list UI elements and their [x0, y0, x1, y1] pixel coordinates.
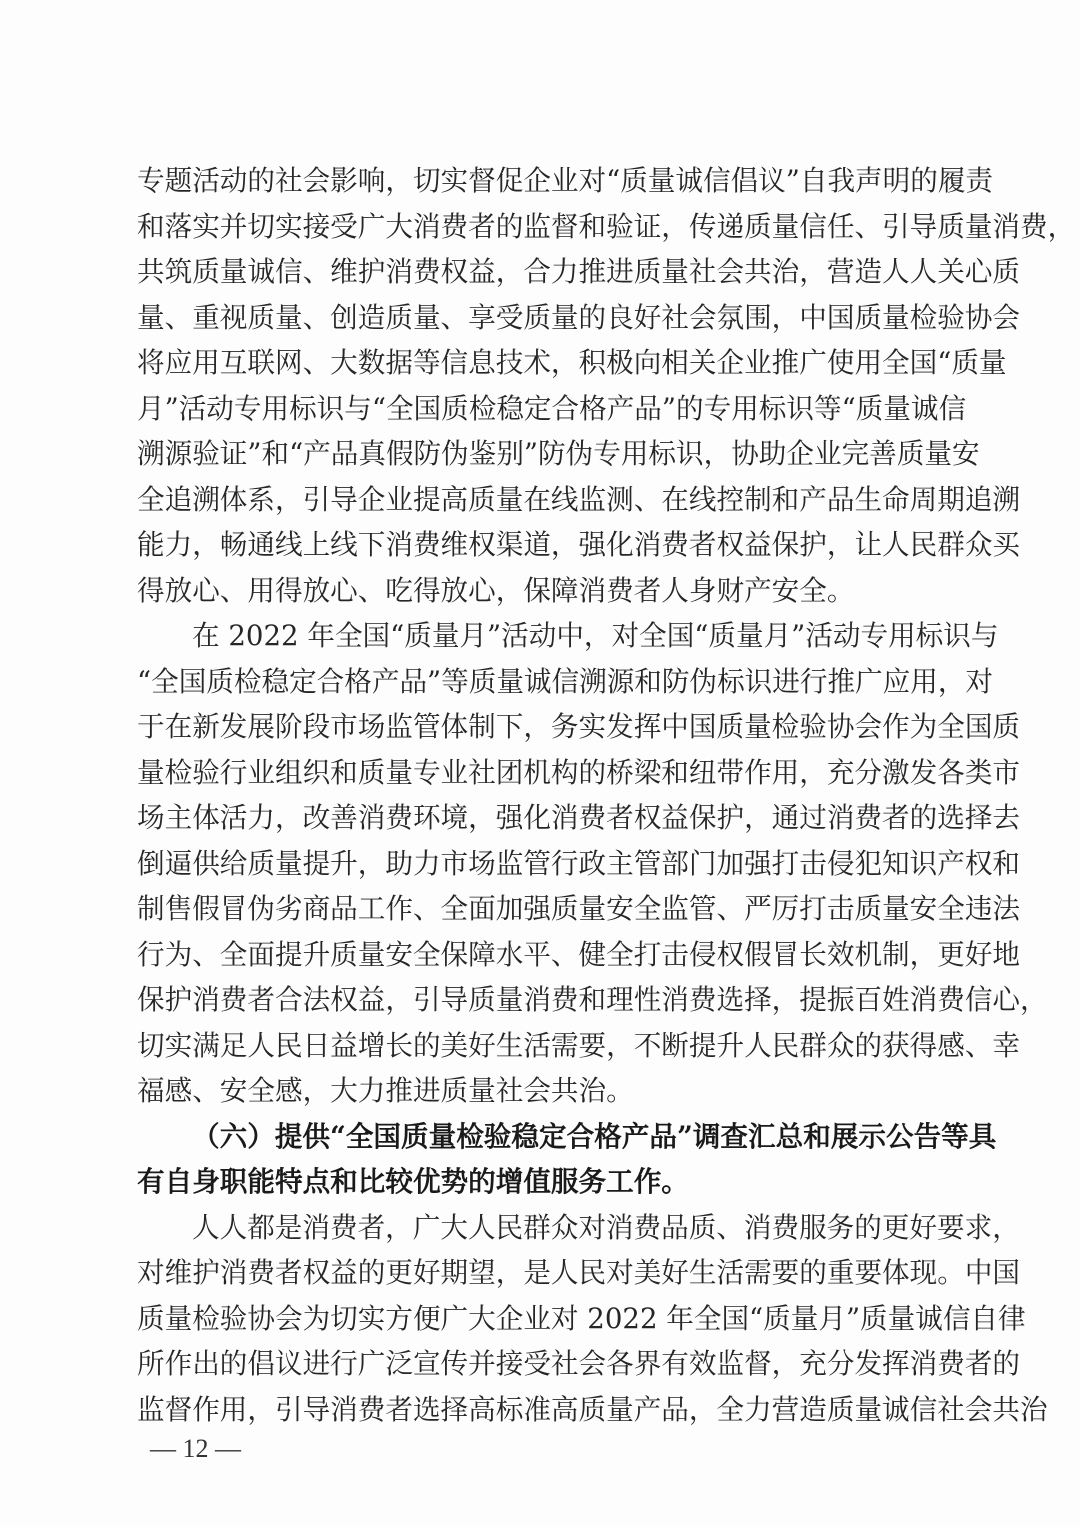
- text-line: 量检验行业组织和质量专业社团机构的桥梁和纽带作用，充分激发各类市: [137, 750, 947, 796]
- text-line: 质量检验协会为切实方便广大企业对 2022 年全国“质量月”质量诚信自律: [137, 1296, 947, 1342]
- text-line: 得放心、用得放心、吃得放心，保障消费者人身财产安全。: [137, 568, 947, 614]
- text-line: 将应用互联网、大数据等信息技术，积极向相关企业推广使用全国“质量: [137, 340, 947, 386]
- section-heading-line: （六）提供“全国质量检验稳定合格产品”调查汇总和展示公告等具: [137, 1114, 947, 1160]
- text-line: 监督作用，引导消费者选择高标准高质量产品，全力营造质量诚信社会共治: [137, 1387, 947, 1433]
- text-line: 在 2022 年全国“质量月”活动中，对全国“质量月”活动专用标识与: [137, 613, 947, 659]
- text-line: 于在新发展阶段市场监管体制下，务实发挥中国质量检验协会作为全国质: [137, 704, 947, 750]
- text-line: 福感、安全感，大力推进质量社会共治。: [137, 1068, 947, 1114]
- page-number: — 12 —: [150, 1434, 241, 1464]
- text-line: 和落实并切实接受广大消费者的监督和验证，传递质量信任、引导质量消费，: [137, 204, 947, 250]
- body-text: 专题活动的社会影响，切实督促企业对“质量诚信倡议”自我声明的履责 和落实并切实接…: [137, 158, 947, 1432]
- text-line: 共筑质量诚信、维护消费权益，合力推进质量社会共治，营造人人关心质: [137, 249, 947, 295]
- text-line: 溯源验证”和“产品真假防伪鉴别”防伪专用标识，协助企业完善质量安: [137, 431, 947, 477]
- text-line: 所作出的倡议进行广泛宣传并接受社会各界有效监督，充分发挥消费者的: [137, 1341, 947, 1387]
- text-line: 能力，畅通线上线下消费维权渠道，强化消费者权益保护，让人民群众买: [137, 522, 947, 568]
- text-line: 月”活动专用标识与“全国质检稳定合格产品”的专用标识等“质量诚信: [137, 386, 947, 432]
- text-line: 专题活动的社会影响，切实督促企业对“质量诚信倡议”自我声明的履责: [137, 158, 947, 204]
- text-line: 量、重视质量、创造质量、享受质量的良好社会氛围，中国质量检验协会: [137, 295, 947, 341]
- text-line: 对维护消费者权益的更好期望，是人民对美好生活需要的重要体现。中国: [137, 1250, 947, 1296]
- text-line: “全国质检稳定合格产品”等质量诚信溯源和防伪标识进行推广应用，对: [137, 659, 947, 705]
- text-line: 制售假冒伪劣商品工作、全面加强质量安全监管、严厉打击质量安全违法: [137, 886, 947, 932]
- text-line: 保护消费者合法权益，引导质量消费和理性消费选择，提振百姓消费信心，: [137, 977, 947, 1023]
- document-page: 专题活动的社会影响，切实督促企业对“质量诚信倡议”自我声明的履责 和落实并切实接…: [0, 0, 1080, 1527]
- text-line: 倒逼供给质量提升，助力市场监管行政主管部门加强打击侵犯知识产权和: [137, 841, 947, 887]
- section-heading-line: 有自身职能特点和比较优势的增值服务工作。: [137, 1159, 947, 1205]
- text-line: 场主体活力，改善消费环境，强化消费者权益保护，通过消费者的选择去: [137, 795, 947, 841]
- text-line: 行为、全面提升质量安全保障水平、健全打击侵权假冒长效机制，更好地: [137, 932, 947, 978]
- text-line: 全追溯体系，引导企业提高质量在线监测、在线控制和产品生命周期追溯: [137, 477, 947, 523]
- text-line: 切实满足人民日益增长的美好生活需要，不断提升人民群众的获得感、幸: [137, 1023, 947, 1069]
- text-line: 人人都是消费者，广大人民群众对消费品质、消费服务的更好要求，: [137, 1205, 947, 1251]
